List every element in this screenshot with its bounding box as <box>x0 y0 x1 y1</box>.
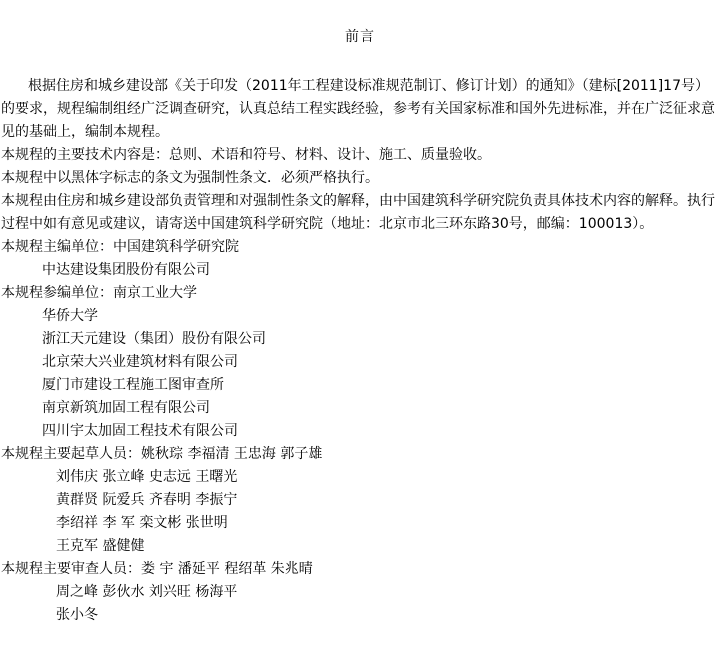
document-line: 见的基础上，编制本规程。 <box>0 121 720 144</box>
document-line: 华侨大学 <box>0 305 720 328</box>
document-line: 南京新筑加固工程有限公司 <box>0 397 720 420</box>
document-line: 王克军 盛健健 <box>0 535 720 558</box>
document-lines: 根据住房和城乡建设部《关于印发（2011年工程建设标准规范制订、修订计划）的通知… <box>0 75 720 627</box>
document-line: 中达建设集团股份有限公司 <box>0 259 720 282</box>
document-line: 过程中如有意见或建议，请寄送中国建筑科学研究院（地址：北京市北三环东路30号，邮… <box>0 213 720 236</box>
document-line: 厦门市建设工程施工图审查所 <box>0 374 720 397</box>
document-line: 的要求，规程编制组经广泛调查研究，认真总结工程实践经验，参考有关国家标准和国外先… <box>0 98 720 121</box>
document-line: 四川宇太加固工程技术有限公司 <box>0 420 720 443</box>
document-line: 根据住房和城乡建设部《关于印发（2011年工程建设标准规范制订、修订计划）的通知… <box>0 75 720 98</box>
document-line: 本规程主要审查人员：娄 宇 潘延平 程绍革 朱兆晴 <box>0 558 720 581</box>
document-line: 本规程参编单位：南京工业大学 <box>0 282 720 305</box>
document-line: 张小冬 <box>0 604 720 627</box>
document-page: 前言 根据住房和城乡建设部《关于印发（2011年工程建设标准规范制订、修订计划）… <box>0 0 720 650</box>
document-line: 李绍祥 李 军 栾文彬 张世明 <box>0 512 720 535</box>
document-line: 本规程由住房和城乡建设部负责管理和对强制性条文的解释，由中国建筑科学研究院负责具… <box>0 190 720 213</box>
document-line: 本规程的主要技术内容是：总则、术语和符号、材料、设计、施工、质量验收。 <box>0 144 720 167</box>
page-title: 前言 <box>0 26 720 49</box>
document-line: 黄群贤 阮爱兵 齐春明 李振宁 <box>0 489 720 512</box>
document-line: 刘伟庆 张立峰 史志远 王曙光 <box>0 466 720 489</box>
document-line: 浙江天元建设（集团）股份有限公司 <box>0 328 720 351</box>
document-line: 本规程中以黑体字标志的条文为强制性条文．必须严格执行。 <box>0 167 720 190</box>
document-line: 本规程主编单位：中国建筑科学研究院 <box>0 236 720 259</box>
document-line: 周之峰 彭伙水 刘兴旺 杨海平 <box>0 581 720 604</box>
document-line: 北京荣大兴业建筑材料有限公司 <box>0 351 720 374</box>
document-line: 本规程主要起草人员：姚秋琮 李福清 王忠海 郭子雄 <box>0 443 720 466</box>
